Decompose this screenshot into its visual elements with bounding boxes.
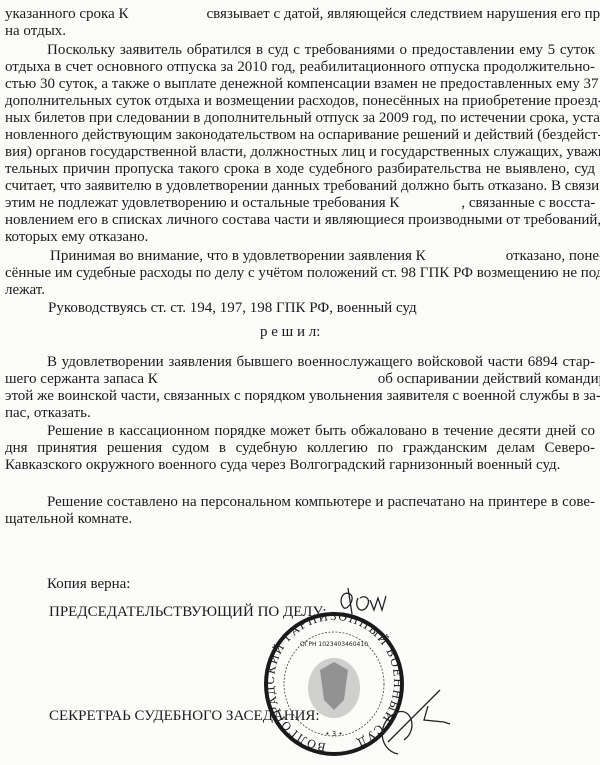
- section-heading-reshil: р е ш и л:: [260, 324, 600, 341]
- text-line: ных билетов при следовании в дополнитель…: [5, 110, 595, 127]
- text-line: дня принятия решения судом в судебную ко…: [5, 440, 595, 457]
- svg-text:ОГРН 1023403460410: ОГРН 1023403460410: [300, 641, 368, 648]
- text: указанного срока К: [5, 6, 129, 22]
- text-line: Руководствуясь ст. ст. 194, 197, 198 ГПК…: [48, 300, 600, 317]
- text: об оспаривании действий командира: [378, 371, 600, 387]
- text: Принимая во внимание, что в удовлетворен…: [50, 248, 426, 264]
- text: этим не подлежат удовлетворению и осталь…: [5, 195, 399, 211]
- text-line: которых ему отказано.: [5, 229, 595, 246]
- text-line: новлением его в списках личного состава …: [5, 212, 595, 229]
- text-line: шего сержанта запаса Коб оспаривании дей…: [5, 371, 595, 388]
- text-line: этим не подлежат удовлетворению и осталь…: [5, 195, 595, 212]
- text: шего сержанта запаса К: [5, 371, 158, 387]
- text-line: тельных причин пропуска такого срока в х…: [5, 161, 595, 178]
- text-line: Решение составлено на персональном компь…: [47, 494, 595, 511]
- text-line: лежат.: [5, 282, 595, 299]
- text-line: считает, что заявителю в удовлетворении …: [5, 178, 595, 195]
- svg-text:• 3 •: • 3 •: [325, 730, 342, 738]
- text: , связанные с восста-: [461, 195, 595, 211]
- copy-certified-label: Копия верна:: [47, 576, 600, 593]
- text-line: стью 30 суток, а также о выплате денежно…: [5, 76, 595, 93]
- text-line: Кавказского окружного военного суда чере…: [5, 457, 595, 474]
- text: отказано, поне-: [506, 248, 600, 264]
- text-line: указанного срока Ксвязывает с датой, явл…: [5, 6, 595, 23]
- text-line: вия) органов государственной власти, дол…: [5, 144, 595, 161]
- text-line: Принимая во внимание, что в удовлетворен…: [50, 248, 595, 265]
- text-line: этой же воинской части, связанных с поря…: [5, 388, 595, 405]
- text-line: отдыха в счет основного отпуска за 2010 …: [5, 59, 595, 76]
- text-line: сённые им судебные расходы по делу с учё…: [5, 265, 595, 282]
- text-line: Решение в кассационном порядке может быт…: [47, 423, 595, 440]
- text-line: пас, отказать.: [5, 405, 595, 422]
- text: связывает с датой, являющейся следствием…: [207, 6, 600, 22]
- text-line: В удовлетворении заявления бывшего военн…: [47, 354, 595, 371]
- text-line: щательной комнате.: [5, 511, 595, 528]
- text-line: новленного действующим законодательством…: [5, 127, 595, 144]
- secretary-signature-icon: [368, 680, 458, 760]
- text-line: на отдых.: [5, 23, 595, 40]
- text-line: дополнительных суток отдыха и возмещении…: [5, 93, 595, 110]
- text-line: Поскольку заявитель обратился в суд с тр…: [47, 42, 595, 59]
